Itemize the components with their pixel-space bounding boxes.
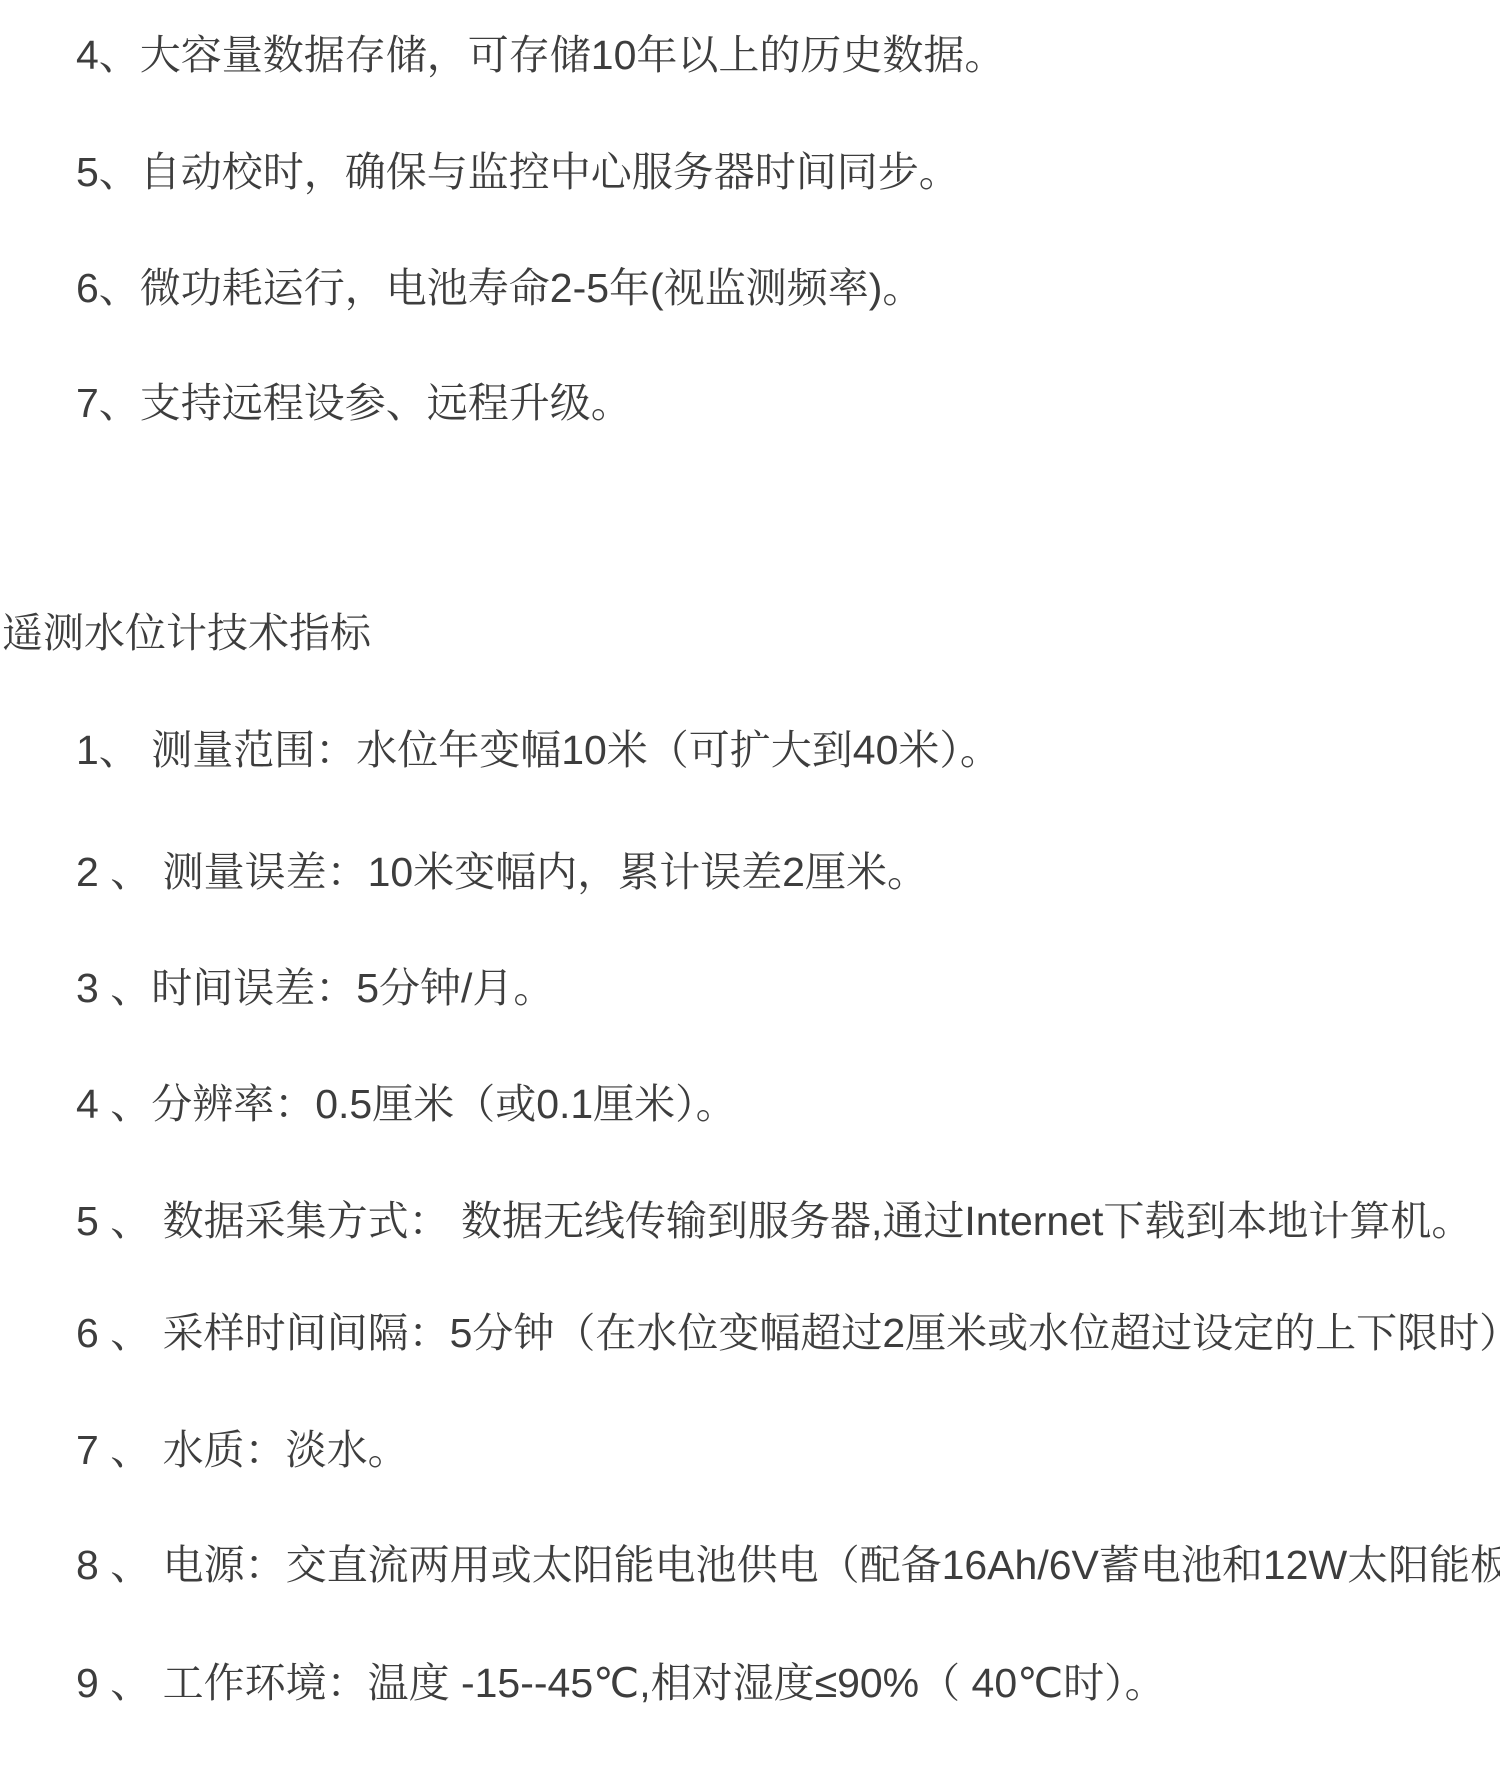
list-item: 7 、 水质：淡水。 xyxy=(76,1428,409,1474)
list-item: 4、大容量数据存储，可存储10年以上的历史数据。 xyxy=(76,33,1005,79)
list-item: 5、自动校时，确保与监控中心服务器时间同步。 xyxy=(76,150,960,196)
list-item: 6、微功耗运行，电池寿命2-5年(视监测频率)。 xyxy=(76,266,923,312)
section-title: 遥测水位计技术指标 xyxy=(2,611,371,657)
list-item: 9 、 工作环境：温度 -15--45℃,相对湿度≤90%（ 40℃时）。 xyxy=(76,1661,1166,1707)
list-item: 7、支持远程设参、远程升级。 xyxy=(76,381,632,427)
list-item: 6 、 采样时间间隔：5分钟（在水位变幅超过2厘米或水位超过设定的上下限时）。 xyxy=(76,1311,1500,1357)
list-item: 2 、 测量误差：10米变幅内，累计误差2厘米。 xyxy=(76,850,928,896)
list-item: 4 、分辨率：0.5厘米（或0.1厘米）。 xyxy=(76,1082,737,1128)
list-item: 3 、时间误差：5分钟/月。 xyxy=(76,966,554,1012)
document-page: 4、大容量数据存储，可存储10年以上的历史数据。5、自动校时，确保与监控中心服务… xyxy=(0,0,1500,1790)
list-item: 5 、 数据采集方式： 数据无线传输到服务器,通过Internet下载到本地计算… xyxy=(76,1199,1472,1245)
list-item: 1、 测量范围：水位年变幅10米（可扩大到40米）。 xyxy=(76,728,1001,774)
list-item: 8 、 电源：交直流两用或太阳能电池供电（配备16Ah/6V蓄电池和12W太阳能… xyxy=(76,1543,1500,1589)
